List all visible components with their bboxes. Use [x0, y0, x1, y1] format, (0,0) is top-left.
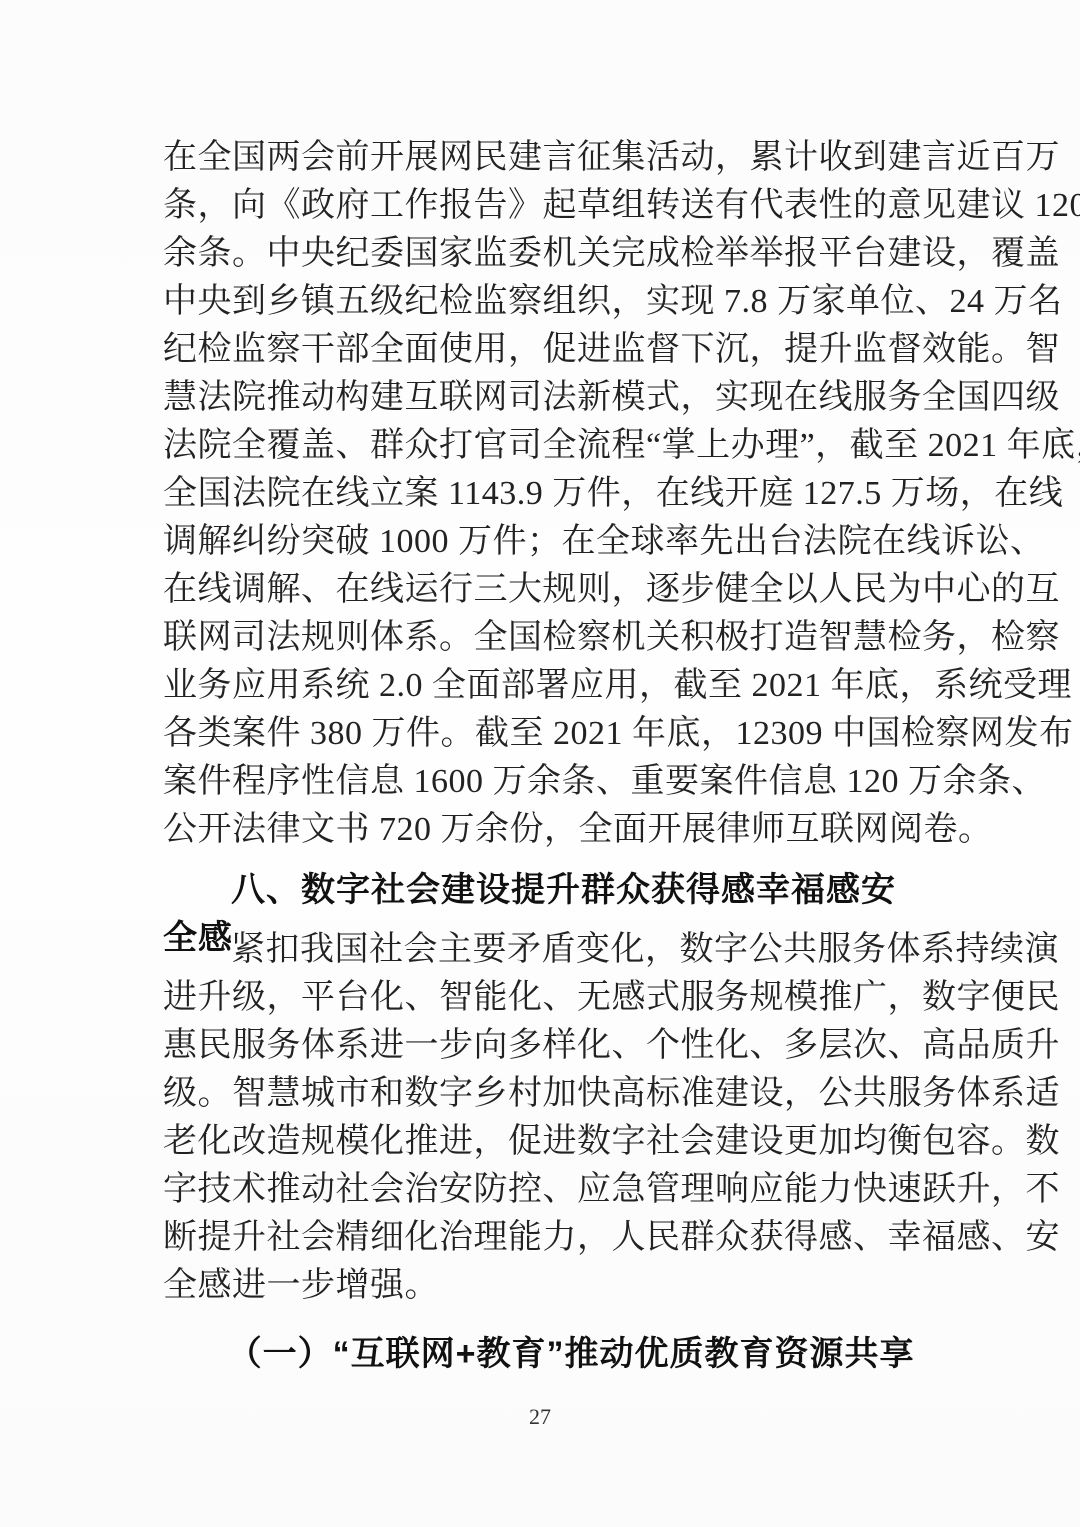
- body-line: 全感进一步增强。: [163, 1262, 919, 1310]
- body-line: 公开法律文书 720 万余份，全面开展律师互联网阅卷。: [163, 806, 919, 854]
- body-line: 条，向《政府工作报告》起草组转送有代表性的意见建议 1200: [163, 182, 919, 230]
- body-line: 中央到乡镇五级纪检监察组织，实现 7.8 万家单位、24 万名: [163, 278, 919, 326]
- body-line: 联网司法规则体系。全国检察机关积极打造智慧检务，检察: [163, 614, 919, 662]
- body-line: 进升级，平台化、智能化、无感式服务规模推广，数字便民: [163, 974, 919, 1022]
- section-heading: 八、数字社会建设提升群众获得感幸福感安全感: [163, 866, 919, 914]
- body-line: 调解纠纷突破 1000 万件；在全球率先出台法院在线诉讼、: [163, 518, 919, 566]
- page-number: 27: [0, 1404, 1080, 1430]
- body-line: 业务应用系统 2.0 全面部署应用，截至 2021 年底，系统受理: [163, 662, 919, 710]
- body-line: 案件程序性信息 1600 万余条、重要案件信息 120 万余条、: [163, 758, 919, 806]
- body-line: 惠民服务体系进一步向多样化、个性化、多层次、高品质升: [163, 1022, 919, 1070]
- body-line: 慧法院推动构建互联网司法新模式，实现在线服务全国四级: [163, 374, 919, 422]
- body-line: 字技术推动社会治安防控、应急管理响应能力快速跃升，不: [163, 1166, 919, 1214]
- body-line: 级。智慧城市和数字乡村加快高标准建设，公共服务体系适: [163, 1070, 919, 1118]
- body-line: 紧扣我国社会主要矛盾变化，数字公共服务体系持续演: [163, 926, 919, 974]
- subsection-heading: （一）“互联网+教育”推动优质教育资源共享: [163, 1330, 919, 1378]
- body-line: 纪检监察干部全面使用，促进监督下沉，提升监督效能。智: [163, 326, 919, 374]
- body-line: 全国法院在线立案 1143.9 万件，在线开庭 127.5 万场，在线: [163, 470, 919, 518]
- body-line: 断提升社会精细化治理能力，人民群众获得感、幸福感、安: [163, 1214, 919, 1262]
- body-line: 在线调解、在线运行三大规则，逐步健全以人民为中心的互: [163, 566, 919, 614]
- body-line: 各类案件 380 万件。截至 2021 年底，12309 中国检察网发布: [163, 710, 919, 758]
- body-line: 老化改造规模化推进，促进数字社会建设更加均衡包容。数: [163, 1118, 919, 1166]
- page-body: 在全国两会前开展网民建言征集活动，累计收到建言近百万 条，向《政府工作报告》起草…: [163, 134, 919, 1378]
- body-line: 余条。中央纪委国家监委机关完成检举举报平台建设，覆盖: [163, 230, 919, 278]
- document-page: 在全国两会前开展网民建言征集活动，累计收到建言近百万 条，向《政府工作报告》起草…: [0, 0, 1080, 1527]
- body-line: 法院全覆盖、群众打官司全流程“掌上办理”，截至 2021 年底，: [163, 422, 919, 470]
- body-line: 在全国两会前开展网民建言征集活动，累计收到建言近百万: [163, 134, 919, 182]
